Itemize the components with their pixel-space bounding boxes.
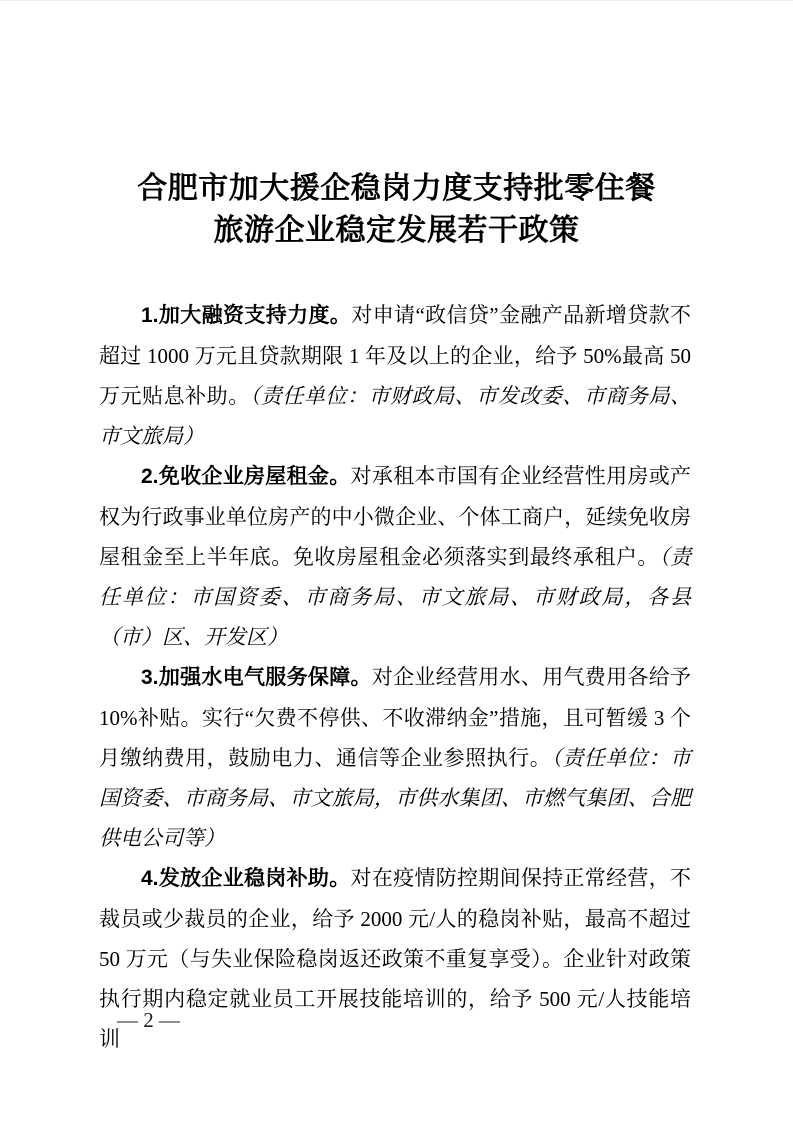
policy-paragraph-2: 2.免收企业房屋租金。对承租本市国有企业经营性用房或产权为行政事业单位房产的中小… xyxy=(99,456,691,657)
paragraph-2-heading: 2.免收企业房屋租金。 xyxy=(141,465,351,488)
policy-paragraph-4: 4.发放企业稳岗补助。对在疫情防控期间保持正常经营，不裁员或少裁员的企业，给予 … xyxy=(99,858,691,1059)
document-title: 合肥市加大援企稳岗力度支持批零住餐 旅游企业稳定发展若干政策 xyxy=(0,168,793,252)
policy-paragraph-3: 3.加强水电气服务保障。对企业经营用水、用气费用各给予 10%补贴。实行“欠费不… xyxy=(99,657,691,858)
paragraph-4-text: 对在疫情防控期间保持正常经营，不裁员或少裁员的企业，给予 2000 元/人的稳岗… xyxy=(99,866,691,1051)
document-body: 1.加大融资支持力度。对申请“政信贷”金融产品新增贷款不超过 1000 万元且贷… xyxy=(99,295,691,1059)
title-line-2: 旅游企业稳定发展若干政策 xyxy=(0,210,793,252)
paragraph-4-heading: 4.发放企业稳岗补助。 xyxy=(141,867,351,890)
document-page: 合肥市加大援企稳岗力度支持批零住餐 旅游企业稳定发展若干政策 1.加大融资支持力… xyxy=(0,0,793,1122)
policy-paragraph-1: 1.加大融资支持力度。对申请“政信贷”金融产品新增贷款不超过 1000 万元且贷… xyxy=(99,295,691,456)
paragraph-3-heading: 3.加强水电气服务保障。 xyxy=(141,666,372,689)
paragraph-1-heading: 1.加大融资支持力度。 xyxy=(141,304,351,327)
title-line-1: 合肥市加大援企稳岗力度支持批零住餐 xyxy=(0,168,793,210)
page-number: — 2 — xyxy=(117,1009,180,1031)
